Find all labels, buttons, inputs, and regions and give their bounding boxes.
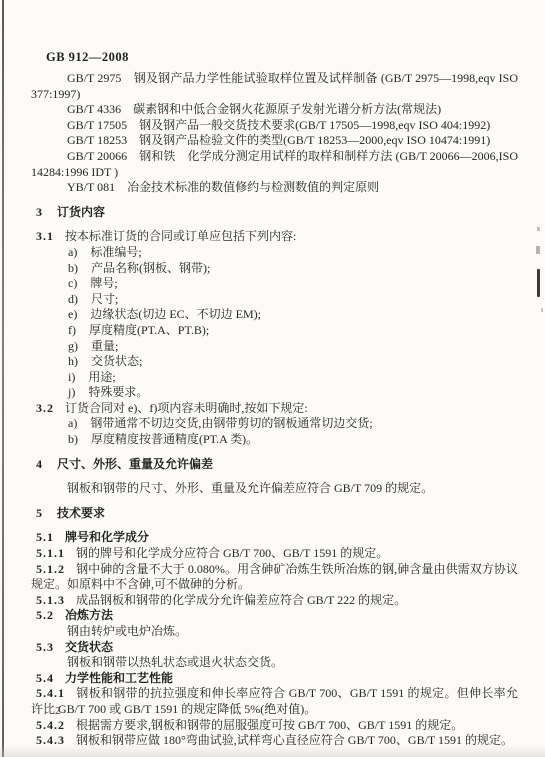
clause-number: 3.2 bbox=[36, 401, 54, 415]
line-text: 产品名称(钢板、钢带); bbox=[91, 261, 210, 275]
list-marker: i) bbox=[68, 370, 75, 384]
line-text: GB/T 17505 钢及钢产品一般交货技术要求(GB/T 17505—1998… bbox=[67, 118, 490, 132]
line-text: GB/T 2975 钢及钢产品力学性能试验取样位置及试样制备 (GB/T 297… bbox=[31, 71, 518, 101]
line-text: 牌号和化学成分 bbox=[65, 530, 149, 544]
line-text: 牌号; bbox=[90, 276, 117, 290]
line-text: 钢板和钢带以热轧状态或退火状态交货。 bbox=[67, 655, 283, 669]
clause-number: 5.4.2 bbox=[36, 718, 65, 732]
line-text: GB/T 18253 钢及钢产品检验文件的类型(GB/T 18253—2000,… bbox=[67, 133, 490, 147]
line-text: 厚度精度(PT.A、PT.B); bbox=[89, 323, 209, 337]
list-marker: d) bbox=[68, 292, 78, 306]
scan-speck-icon bbox=[537, 227, 540, 231]
reference-item: GB/T 20066 钢和铁 化学成分测定用试样的取样和制样方法 (GB/T 2… bbox=[31, 149, 518, 180]
list-marker: e) bbox=[68, 307, 77, 321]
clause-number: 5.1.1 bbox=[36, 546, 65, 560]
line-text: 边缘状态(切边 EC、不切边 EM); bbox=[90, 307, 261, 321]
list-marker: b) bbox=[68, 261, 78, 275]
clause-paragraph: 5.4.1钢板和钢带的抗拉强度和伸长率应符合 GB/T 700、GB/T 159… bbox=[31, 686, 518, 717]
list-item: h)交货状态; bbox=[31, 354, 518, 370]
line-text: 钢中砷的含量不大于 0.080%。用含砷矿冶炼生铁所冶炼的钢,砷含量由供需双方协… bbox=[31, 562, 518, 592]
paragraph: 钢板和钢带以热轧状态或退火状态交货。 bbox=[31, 655, 518, 671]
line-text: 订货内容 bbox=[57, 205, 105, 219]
scanned-standard-page: { "page": { "header": "GB 912—2008", "pa… bbox=[0, 0, 545, 757]
list-item: j)特殊要求。 bbox=[31, 385, 518, 401]
reference-item: YB/T 081 冶金技术标准的数值修约与检测数值的判定原则 bbox=[31, 180, 518, 196]
clause-number: 5.4.3 bbox=[36, 733, 65, 747]
list-marker: f) bbox=[68, 323, 76, 337]
scan-speck-icon bbox=[541, 308, 543, 312]
scan-speck-icon bbox=[536, 246, 540, 254]
line-text: 尺寸、外形、重量及允许偏差 bbox=[57, 457, 213, 471]
line-text: 技术要求 bbox=[57, 506, 105, 520]
page-number: 2 bbox=[55, 705, 61, 717]
clause-heading: 5.3交货状态 bbox=[31, 640, 518, 656]
list-item: c)牌号; bbox=[31, 276, 518, 292]
list-marker: b) bbox=[68, 432, 78, 446]
list-item: a)钢带通常不切边交货,由钢带剪切的钢板通常切边交货; bbox=[31, 416, 518, 432]
line-text: 订货合同对 e)、f)项内容未明确时,按如下规定: bbox=[65, 401, 308, 415]
list-item: i)用途; bbox=[31, 370, 518, 386]
clause-paragraph: 3.2订货合同对 e)、f)项内容未明确时,按如下规定: bbox=[31, 401, 518, 417]
list-item: a)标准编号; bbox=[31, 245, 518, 261]
list-item: g)重量; bbox=[31, 339, 518, 355]
list-item: e)边缘状态(切边 EC、不切边 EM); bbox=[31, 307, 518, 323]
line-text: 力学性能和工艺性能 bbox=[65, 671, 173, 685]
list-item: f)厚度精度(PT.A、PT.B); bbox=[31, 323, 518, 339]
line-text: 钢带通常不切边交货,由钢带剪切的钢板通常切边交货; bbox=[90, 416, 372, 430]
clause-heading: 5.2冶炼方法 bbox=[31, 608, 518, 624]
line-text: 重量; bbox=[91, 339, 118, 353]
list-marker: j) bbox=[68, 385, 75, 399]
clause-number: 4 bbox=[36, 457, 42, 471]
clause-paragraph: 5.4.3钢板和钢带应做 180°弯曲试验,试样弯心直径应符合 GB/T 700… bbox=[31, 733, 518, 749]
paragraph: 钢板和钢带的尺寸、外形、重量及允许偏差应符合 GB/T 709 的规定。 bbox=[31, 481, 518, 497]
line-text: 钢由转炉或电炉冶炼。 bbox=[67, 624, 187, 638]
reference-item: GB/T 2975 钢及钢产品力学性能试验取样位置及试样制备 (GB/T 297… bbox=[31, 71, 518, 102]
list-marker: g) bbox=[68, 339, 78, 353]
line-text: 钢板和钢带的尺寸、外形、重量及允许偏差应符合 GB/T 709 的规定。 bbox=[67, 481, 433, 495]
reference-item: GB/T 4336 碳素钢和中低合金钢火花源原子发射光谱分析方法(常规法) bbox=[31, 102, 518, 118]
line-text: 冶炼方法 bbox=[65, 608, 113, 622]
list-item: d)尺寸; bbox=[31, 292, 518, 308]
clause-number: 3 bbox=[36, 205, 42, 219]
list-marker: a) bbox=[68, 416, 77, 430]
section-heading: 4尺寸、外形、重量及允许偏差 bbox=[31, 457, 518, 473]
list-marker: a) bbox=[68, 245, 77, 259]
reference-item: GB/T 17505 钢及钢产品一般交货技术要求(GB/T 17505—1998… bbox=[31, 118, 518, 134]
clause-paragraph: 5.1.2钢中砷的含量不大于 0.080%。用含砷矿冶炼生铁所冶炼的钢,砷含量由… bbox=[31, 562, 518, 593]
section-heading: 3订货内容 bbox=[31, 205, 518, 221]
line-text: 钢板和钢带的抗拉强度和伸长率应符合 GB/T 700、GB/T 1591 的规定… bbox=[31, 686, 518, 716]
line-text: 钢的牌号和化学成分应符合 GB/T 700、GB/T 1591 的规定。 bbox=[76, 546, 388, 560]
line-text: 根据需方要求,钢板和钢带的屈服强度可按 GB/T 700、GB/T 1591 的… bbox=[76, 718, 463, 732]
scan-edge-line bbox=[2, 0, 4, 757]
line-text: 尺寸; bbox=[91, 292, 118, 306]
line-text: 厚度精度按普通精度(PT.A 类)。 bbox=[91, 432, 258, 446]
clause-number: 5.4 bbox=[36, 671, 54, 685]
list-item: b)产品名称(钢板、钢带); bbox=[31, 261, 518, 277]
line-text: 按本标准订货的合同或订单应包括下列内容: bbox=[65, 229, 296, 243]
clause-number: 5.1.2 bbox=[36, 562, 65, 576]
clause-number: 5.1 bbox=[36, 530, 54, 544]
line-text: 特殊要求。 bbox=[88, 385, 148, 399]
line-text: GB/T 20066 钢和铁 化学成分测定用试样的取样和制样方法 (GB/T 2… bbox=[31, 149, 518, 179]
reference-item: GB/T 18253 钢及钢产品检验文件的类型(GB/T 18253—2000,… bbox=[31, 133, 518, 149]
clause-heading: 5.4力学性能和工艺性能 bbox=[31, 671, 518, 687]
line-text: 交货状态 bbox=[65, 640, 113, 654]
section-heading: 5技术要求 bbox=[31, 506, 518, 522]
document-body: GB/T 2975 钢及钢产品力学性能试验取样位置及试样制备 (GB/T 297… bbox=[31, 71, 518, 749]
list-item: b)厚度精度按普通精度(PT.A 类)。 bbox=[31, 432, 518, 448]
clause-paragraph: 5.1.3成品钢板和钢带的化学成分允许偏差应符合 GB/T 222 的规定。 bbox=[31, 593, 518, 609]
line-text: 成品钢板和钢带的化学成分允许偏差应符合 GB/T 222 的规定。 bbox=[76, 593, 406, 607]
scan-dash-mark bbox=[537, 269, 540, 297]
line-text: 钢板和钢带应做 180°弯曲试验,试样弯心直径应符合 GB/T 700、GB/T… bbox=[76, 733, 513, 747]
clause-number: 5 bbox=[36, 506, 42, 520]
clause-paragraph: 5.4.2根据需方要求,钢板和钢带的屈服强度可按 GB/T 700、GB/T 1… bbox=[31, 718, 518, 734]
line-text: 标准编号; bbox=[90, 245, 141, 259]
clause-heading: 5.1牌号和化学成分 bbox=[31, 530, 518, 546]
clause-number: 5.1.3 bbox=[36, 593, 65, 607]
line-text: YB/T 081 冶金技术标准的数值修约与检测数值的判定原则 bbox=[67, 180, 379, 194]
clause-number: 5.4.1 bbox=[36, 686, 65, 700]
standard-number-header: GB 912—2008 bbox=[46, 50, 129, 65]
line-text: GB/T 4336 碳素钢和中低合金钢火花源原子发射光谱分析方法(常规法) bbox=[67, 102, 441, 116]
paragraph: 钢由转炉或电炉冶炼。 bbox=[31, 624, 518, 640]
clause-paragraph: 5.1.1钢的牌号和化学成分应符合 GB/T 700、GB/T 1591 的规定… bbox=[31, 546, 518, 562]
line-text: 用途; bbox=[88, 370, 115, 384]
list-marker: h) bbox=[68, 354, 78, 368]
clause-number: 3.1 bbox=[36, 229, 54, 243]
list-marker: c) bbox=[68, 276, 77, 290]
clause-number: 5.3 bbox=[36, 640, 54, 654]
clause-number: 5.2 bbox=[36, 608, 54, 622]
line-text: 交货状态; bbox=[91, 354, 142, 368]
clause-paragraph: 3.1按本标准订货的合同或订单应包括下列内容: bbox=[31, 229, 518, 245]
